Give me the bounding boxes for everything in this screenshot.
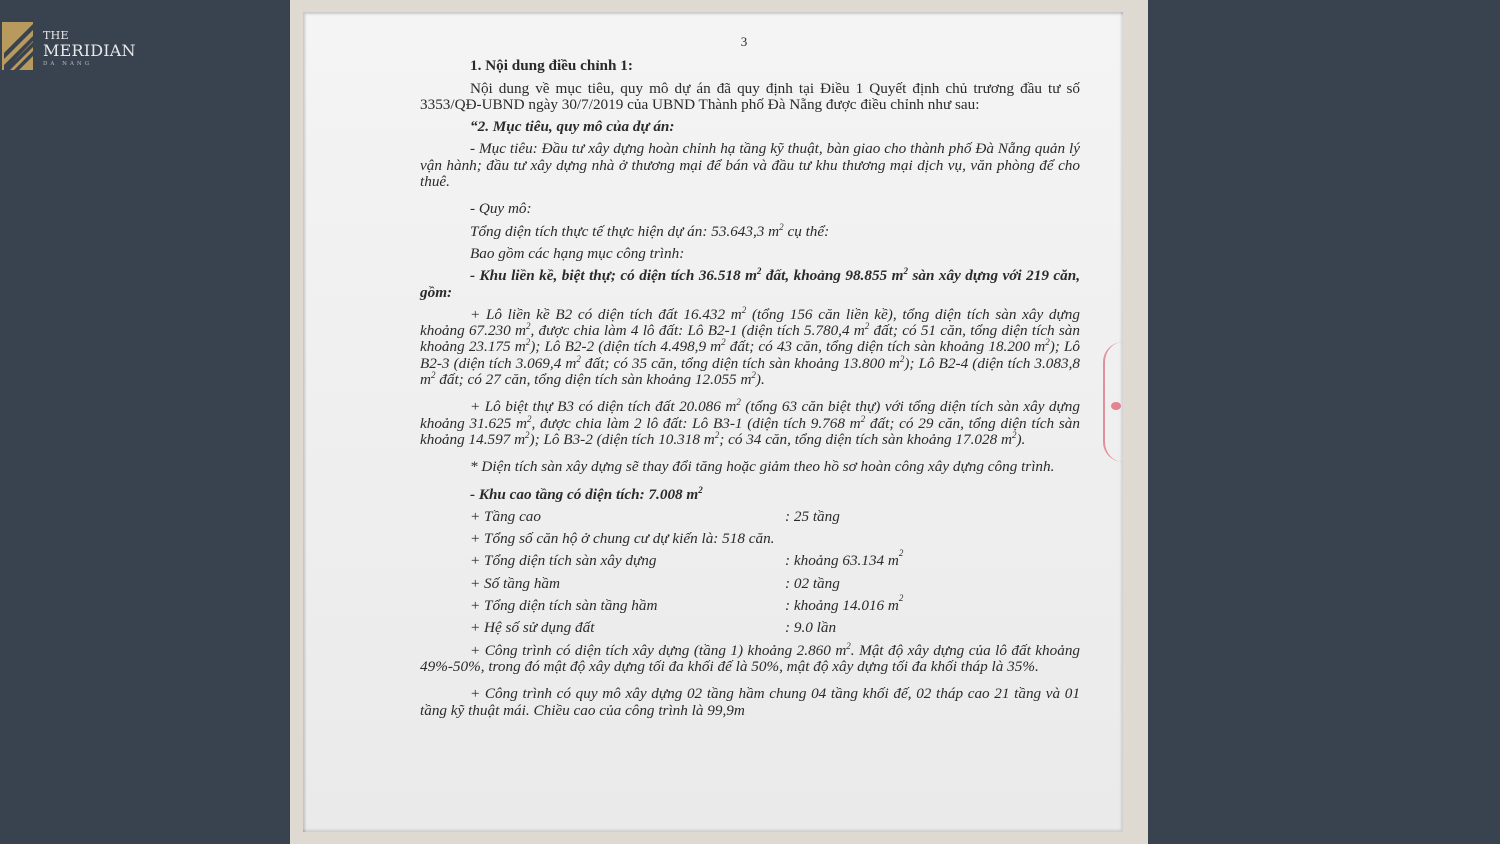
lot-b2-paragraph: + Lô liền kề B2 có diện tích đất 16.432 … xyxy=(420,307,1080,388)
includes-label: Bao gồm các hạng mục công trình: xyxy=(420,246,1080,262)
brand-location: DA NANG xyxy=(43,62,136,68)
villa-zone: - Khu liền kề, biệt thự; có diện tích 36… xyxy=(420,268,1080,301)
objective-paragraph: - Mục tiêu: Đầu tư xây dựng hoàn chỉnh h… xyxy=(420,141,1080,190)
highrise-row: + Tổng số căn hộ ở chung cư dự kiến là: … xyxy=(420,531,1080,547)
document-page: 3 1. Nội dung điều chỉnh 1: Nội dung về … xyxy=(303,12,1123,832)
brand-logo: THE MERIDIAN DA NANG xyxy=(2,22,136,70)
section2-title: “2. Mục tiêu, quy mô của dự án: xyxy=(420,119,1080,135)
lot-b3-paragraph: + Lô biệt thự B3 có diện tích đất 20.086… xyxy=(420,399,1080,448)
meridian-logo-icon xyxy=(2,22,33,70)
highrise-title: - Khu cao tầng có diện tích: 7.008 m2 xyxy=(420,487,1080,503)
highrise-row: + Tổng diện tích sàn xây dựng: khoảng 63… xyxy=(420,553,1080,569)
highrise-row: + Hệ số sử dụng đất: 9.0 lần xyxy=(420,620,1080,636)
total-area: Tổng diện tích thực tế thực hiện dự án: … xyxy=(420,224,1080,240)
document-body: 3 1. Nội dung điều chỉnh 1: Nội dung về … xyxy=(420,34,1080,719)
red-stamp-mark xyxy=(1103,342,1123,462)
highrise-row: + Tầng cao: 25 tầng xyxy=(420,509,1080,525)
brand-name: MERIDIAN xyxy=(43,43,136,59)
highrise-row: + Tổng diện tích sàn tầng hầm: khoảng 14… xyxy=(420,598,1080,614)
construction-scale-paragraph: + Công trình có quy mô xây dựng 02 tầng … xyxy=(420,686,1080,719)
note-paragraph: * Diện tích sàn xây dựng sẽ thay đổi tăn… xyxy=(420,459,1080,475)
document-frame: 3 1. Nội dung điều chỉnh 1: Nội dung về … xyxy=(290,0,1148,844)
brand-the: THE xyxy=(43,30,136,41)
intro-paragraph: Nội dung về mục tiêu, quy mô dự án đã qu… xyxy=(420,81,1080,114)
section-heading: 1. Nội dung điều chỉnh 1: xyxy=(420,58,1080,74)
highrise-row: + Số tầng hầm: 02 tầng xyxy=(420,576,1080,592)
page-number: 3 xyxy=(408,34,1080,50)
scale-label: - Quy mô: xyxy=(420,201,1080,217)
construction-density-paragraph: + Công trình có diện tích xây dựng (tầng… xyxy=(420,643,1080,676)
